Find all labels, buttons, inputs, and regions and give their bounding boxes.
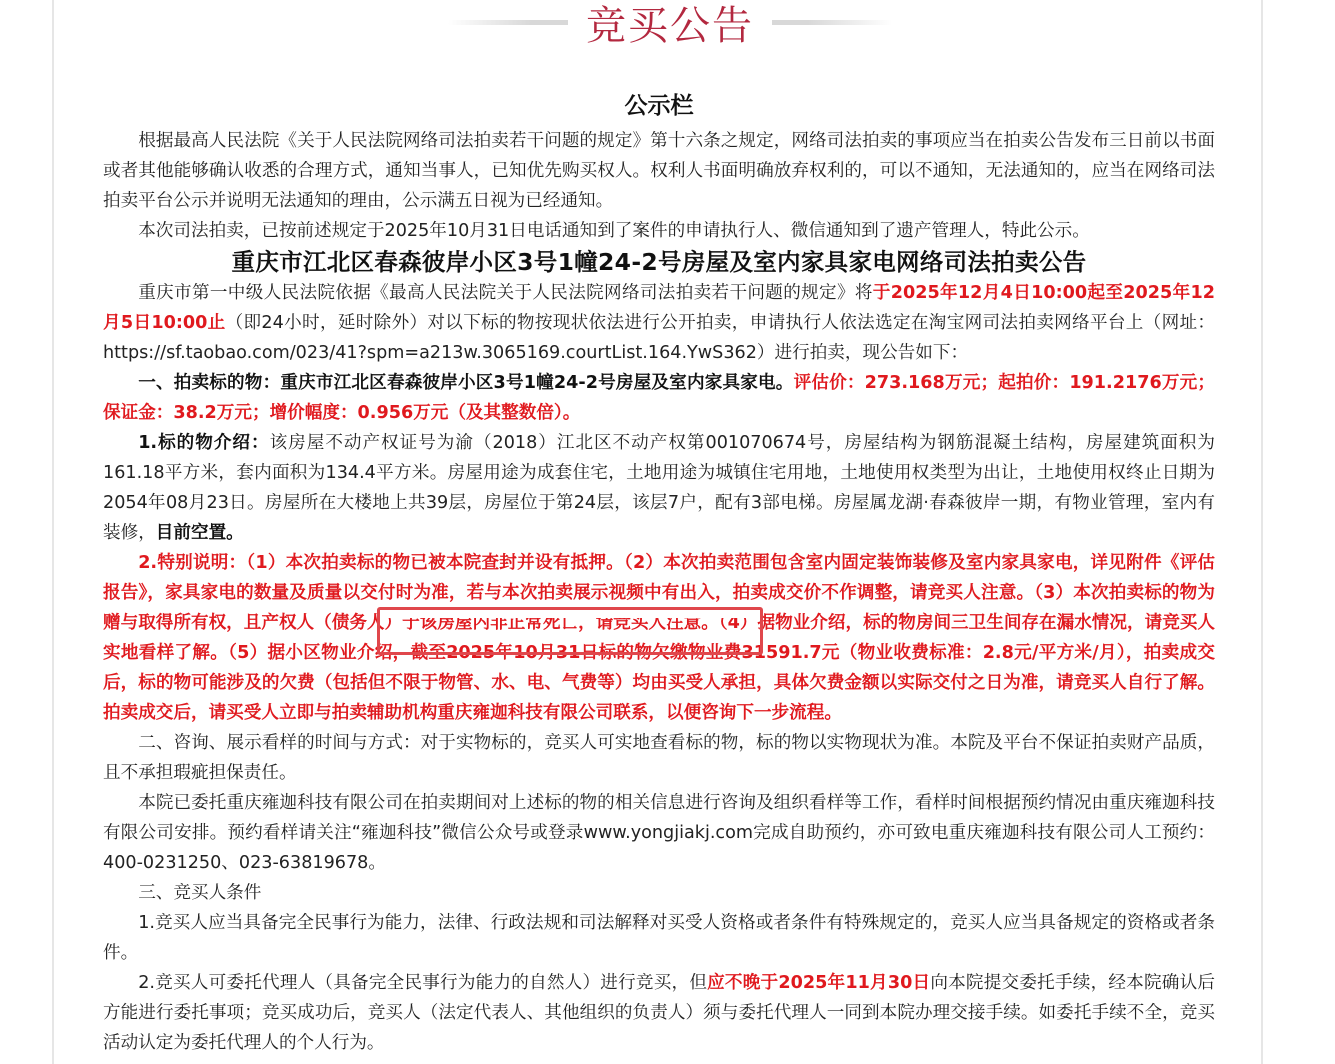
- agency-paragraph: 本院已委托重庆雍迦科技有限公司在拍卖期间对上述标的物的相关信息进行咨询及组织看样…: [103, 788, 1215, 878]
- banner-title: 竞买公告: [568, 0, 772, 51]
- bidder-condition-1: 1.竞买人应当具备完全民事行为能力，法律、行政法规和司法解释对买受人资格或者条件…: [103, 908, 1215, 968]
- banner-divider-right: [772, 20, 892, 25]
- banner-divider-left: [448, 20, 568, 25]
- item-introduction-label: 1.标的物介绍：: [138, 433, 269, 453]
- highlight-annotation-box: [377, 607, 763, 655]
- occupancy-status: 目前空置。: [156, 523, 244, 543]
- section-bidder-conditions-title: 三、竞买人条件: [103, 878, 1215, 908]
- notice-board-paragraph: 根据最高人民法院《关于人民法院网络司法拍卖若干问题的规定》第十六条之规定，网络司…: [103, 126, 1215, 216]
- intro-text-rest: （即24小时，延时除外）对以下标的物按现状依法进行公开拍卖，申请执行人依法选定在…: [103, 313, 1215, 363]
- page-border-left: [52, 0, 54, 1064]
- notice-board-paragraph: 本次司法拍卖，已按前述规定于2025年10月31日电话通知到了案件的申请执行人、…: [103, 216, 1215, 246]
- intro-paragraph: 重庆市第一中级人民法院依据《最高人民法院关于人民法院网络司法拍卖若干问题的规定》…: [103, 278, 1215, 368]
- item-introduction: 1.标的物介绍：该房屋不动产权证号为渝（2018）江北区不动产权第0010706…: [103, 428, 1215, 548]
- bidder-condition-2: 2.竞买人可委托代理人（具备完全民事行为能力的自然人）进行竞买，但应不晚于202…: [103, 968, 1215, 1058]
- item-introduction-text: 该房屋不动产权证号为渝（2018）江北区不动产权第001070674号，房屋结构…: [103, 433, 1215, 543]
- announcement-body: 公示栏 根据最高人民法院《关于人民法院网络司法拍卖若干问题的规定》第十六条之规定…: [103, 88, 1215, 1058]
- announcement-title: 重庆市江北区春森彼岸小区3号1幢24-2号房屋及室内家具家电网络司法拍卖公告: [103, 246, 1215, 278]
- bidder-condition-2-text: 2.竞买人可委托代理人（具备完全民事行为能力的自然人）进行竞买，但: [138, 973, 707, 993]
- proxy-deadline: 应不晚于2025年11月30日: [707, 973, 930, 993]
- intro-text: 重庆市第一中级人民法院依据《最高人民法院关于人民法院网络司法拍卖若干问题的规定》…: [138, 283, 873, 303]
- notice-board-title: 公示栏: [103, 88, 1215, 124]
- auction-item-label: 一、拍卖标的物：重庆市江北区春森彼岸小区3号1幢24-2号房屋及室内家具家电。: [138, 373, 793, 393]
- page-border-right: [1261, 0, 1263, 1064]
- section-consultation: 二、咨询、展示看样的时间与方式：对于实物标的，竞买人可实地查看标的物，标的物以实…: [103, 728, 1215, 788]
- banner-header: 竞买公告: [400, 0, 940, 52]
- section-auction-item: 一、拍卖标的物：重庆市江北区春森彼岸小区3号1幢24-2号房屋及室内家具家电。评…: [103, 368, 1215, 428]
